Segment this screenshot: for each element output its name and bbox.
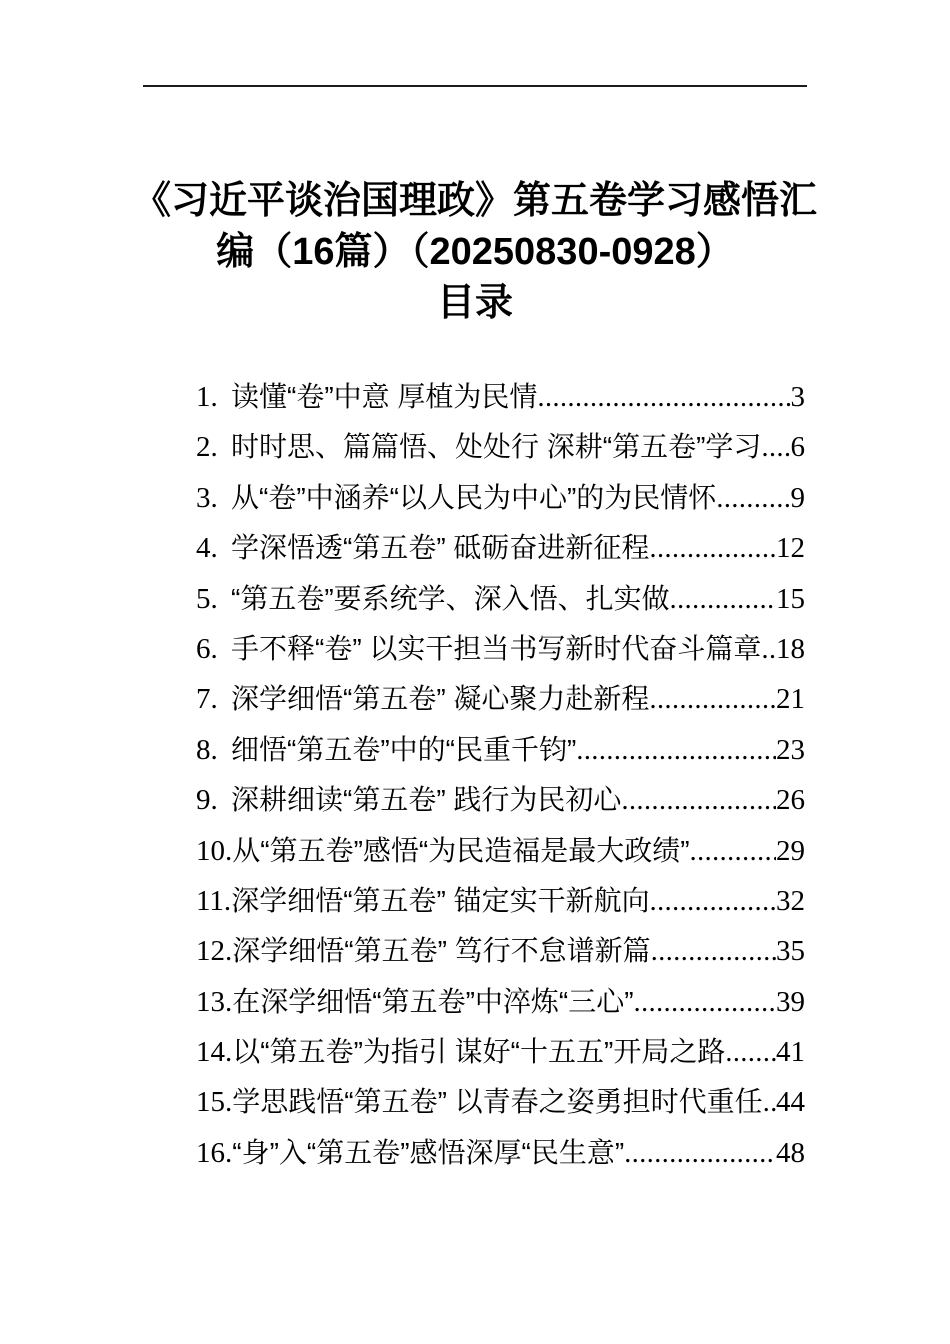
toc-entry-number: 4. [196,523,231,573]
toc-entry-title: 在深学细悟“第五卷”中淬炼“三心” [232,977,633,1027]
toc-leader-dots: ........................................… [761,423,790,473]
toc-entry-number: 1. [196,372,231,422]
toc-entry-number: 11. [196,876,231,926]
toc-entry-number: 16. [196,1128,232,1178]
toc-entry[interactable]: 6. 手不释“卷” 以实干担当书写新时代奋斗篇章 ...............… [196,624,805,674]
toc-entry-page: 23 [776,725,805,775]
toc-leader-dots: ........................................… [650,877,776,927]
toc-leader-dots: ........................................… [763,1078,776,1128]
toc-leader-dots: ........................................… [624,1129,776,1179]
toc-entry-title: 读懂“卷”中意 厚植为民情 [231,372,537,422]
toc-entry[interactable]: 5. “第五卷”要系统学、深入悟、扎实做 ...................… [196,574,805,624]
toc-entry[interactable]: 10. 从“第五卷”感悟“为民造福是最大政绩” ................… [196,826,805,876]
toc-leader-dots: ........................................… [670,575,776,625]
toc-entry-page: 21 [776,674,805,724]
title-block: 《习近平谈治国理政》第五卷学习感悟汇编（16篇）（20250830-0928） … [125,176,825,329]
toc-entry-number: 10. [196,826,232,876]
toc-entry[interactable]: 1. 读懂“卷”中意 厚植为民情 .......................… [196,372,805,422]
toc-leader-dots: ........................................… [649,675,776,725]
toc-leader-dots: ........................................… [651,927,776,977]
toc-entry-page: 26 [776,775,805,825]
toc-heading: 目录 [125,278,825,329]
toc-entry-title: “第五卷”要系统学、深入悟、扎实做 [231,574,670,624]
toc-entry-page: 48 [776,1128,805,1178]
toc-entry-title: 从“卷”中涵养“以人民为中心”的为民情怀 [231,473,716,523]
toc-entry-title: 深耕细读“第五卷” 践行为民初心 [231,775,621,825]
toc-entry[interactable]: 12. 深学细悟“第五卷” 笃行不怠谱新篇 ..................… [196,926,805,976]
toc-entry-page: 29 [776,826,805,876]
toc-entry[interactable]: 13. 在深学细悟“第五卷”中淬炼“三心” ..................… [196,977,805,1027]
document-title: 《习近平谈治国理政》第五卷学习感悟汇编（16篇）（20250830-0928） [125,176,825,278]
toc-entry[interactable]: 9. 深耕细读“第五卷” 践行为民初心 ....................… [196,775,805,825]
toc-entry-page: 44 [776,1077,805,1127]
header-divider-line [143,85,807,87]
toc-entry[interactable]: 8. 细悟“第五卷”中的“民重千钧” .....................… [196,725,805,775]
toc-entry-page: 32 [776,876,805,926]
toc-entry[interactable]: 4. 学深悟透“第五卷” 砥砺奋进新征程 ...................… [196,523,805,573]
toc-leader-dots: ........................................… [761,625,776,675]
toc-leader-dots: ........................................… [690,827,776,877]
toc-entry[interactable]: 2. 时时思、篇篇悟、处处行 深耕“第五卷”学习 ...............… [196,422,805,472]
toc-entry-title: 学思践悟“第五卷” 以青春之姿勇担时代重任 [232,1077,762,1127]
toc-entry-number: 6. [196,624,231,674]
toc-leader-dots: ........................................… [576,726,776,776]
toc-entry-number: 2. [196,422,231,472]
toc-leader-dots: ........................................… [649,524,776,574]
toc-entry-page: 12 [776,523,805,573]
toc-entry-page: 35 [776,926,805,976]
toc-entry-number: 7. [196,674,231,724]
toc-entry-title: 手不释“卷” 以实干担当书写新时代奋斗篇章 [231,624,761,674]
toc-entry-number: 15. [196,1077,232,1127]
toc-entry[interactable]: 16. “身”入“第五卷”感悟深厚“民生意” .................… [196,1128,805,1178]
toc-entry-page: 9 [791,473,806,523]
toc-entry-number: 5. [196,574,231,624]
toc-entry-title: 学深悟透“第五卷” 砥砺奋进新征程 [231,523,649,573]
toc-entry-page: 39 [776,977,805,1027]
toc-entry-title: 以“第五卷”为指引 谋好“十五五”开局之路 [232,1027,725,1077]
toc-entry-title: 时时思、篇篇悟、处处行 深耕“第五卷”学习 [231,422,761,472]
table-of-contents: 1. 读懂“卷”中意 厚植为民情 .......................… [196,372,805,1178]
toc-entry-title: 深学细悟“第五卷” 锚定实干新航向 [231,876,649,926]
toc-entry-title: 细悟“第五卷”中的“民重千钧” [231,725,576,775]
toc-leader-dots: ........................................… [634,978,776,1028]
toc-leader-dots: ........................................… [621,776,776,826]
toc-entry[interactable]: 11. 深学细悟“第五卷” 锚定实干新航向 ..................… [196,876,805,926]
toc-entry-page: 15 [776,574,805,624]
toc-entry-page: 6 [791,422,806,472]
toc-entry[interactable]: 14. 以“第五卷”为指引 谋好“十五五”开局之路 ..............… [196,1027,805,1077]
toc-leader-dots: ........................................… [725,1028,776,1078]
toc-entry-number: 13. [196,977,232,1027]
toc-entry-number: 3. [196,473,231,523]
toc-leader-dots: ........................................… [716,474,790,524]
toc-entry[interactable]: 3. 从“卷”中涵养“以人民为中心”的为民情怀 ................… [196,473,805,523]
toc-entry[interactable]: 7. 深学细悟“第五卷” 凝心聚力赴新程 ...................… [196,674,805,724]
document-page: 《习近平谈治国理政》第五卷学习感悟汇编（16篇）（20250830-0928） … [0,0,950,1344]
toc-entry-number: 12. [196,926,232,976]
toc-entry-page: 3 [791,372,806,422]
toc-entry-number: 14. [196,1027,232,1077]
toc-entry-number: 8. [196,725,231,775]
toc-entry-page: 18 [776,624,805,674]
toc-entry-number: 9. [196,775,231,825]
toc-leader-dots: ........................................… [537,373,790,423]
toc-entry-page: 41 [776,1027,805,1077]
toc-entry-title: 深学细悟“第五卷” 凝心聚力赴新程 [231,674,649,724]
toc-entry-title: “身”入“第五卷”感悟深厚“民生意” [232,1128,624,1178]
toc-entry-title: 深学细悟“第五卷” 笃行不怠谱新篇 [232,926,650,976]
toc-entry-title: 从“第五卷”感悟“为民造福是最大政绩” [232,826,689,876]
toc-entry[interactable]: 15. 学思践悟“第五卷” 以青春之姿勇担时代重任 ..............… [196,1077,805,1127]
